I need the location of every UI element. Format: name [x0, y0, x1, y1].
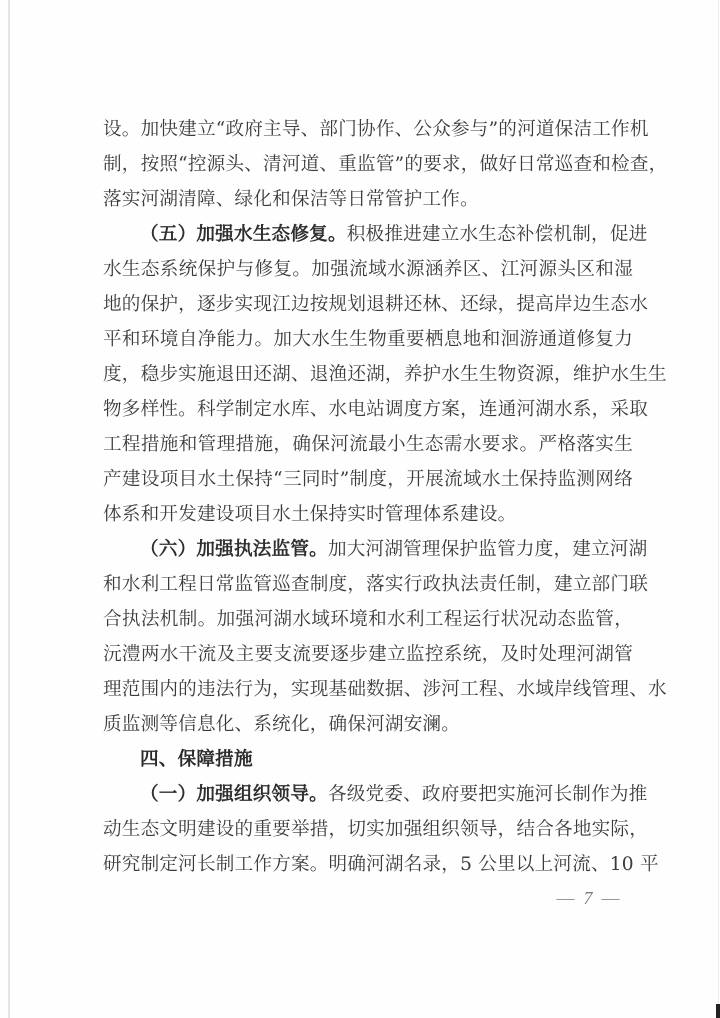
scan-left-edge	[8, 0, 10, 1018]
text-line: 地的保护，逐步实现江边按规划退耕还林、还绿，提高岸边生态水	[103, 287, 633, 322]
document-page: 设。加快建立“政府主导、部门协作、公众参与”的河道保洁工作机 制，按照“控源头、…	[0, 0, 720, 1018]
text-line: 体系和开发建设项目水土保持实时管理体系建设。	[103, 497, 633, 532]
text-line: 合执法机制。加强河湖水域环境和水利工程运行状况动态监管，	[103, 602, 633, 637]
text-line: 水生态系统保护与修复。加强流域水源涵养区、江河源头区和湿	[103, 252, 633, 287]
text-line: 物多样性。科学制定水库、水电站调度方案，连通河湖水系，采取	[103, 392, 633, 427]
text-run: 各级党委、政府要把实施河长制作为推	[328, 784, 648, 805]
text-line: 产建设项目水土保持“三同时”制度，开展流域水土保持监测网络	[103, 462, 633, 497]
text-line: 设。加快建立“政府主导、部门协作、公众参与”的河道保洁工作机	[103, 112, 633, 147]
section-heading: 四、保障措施	[103, 742, 633, 777]
text-line: 工程措施和管理措施，确保河流最小生态需水要求。严格落实生	[103, 427, 633, 462]
text-line: （五）加强水生态修复。积极推进建立水生态补偿机制，促进	[103, 217, 633, 252]
paragraph-continued: 设。加快建立“政府主导、部门协作、公众参与”的河道保洁工作机 制，按照“控源头、…	[103, 112, 633, 217]
text-line: 研究制定河长制工作方案。明确河湖名录，5 公里以上河流、10 平	[103, 847, 633, 882]
page-number-dash: —	[602, 888, 620, 908]
text-line: （六）加强执法监管。加大河湖管理保护监管力度，建立河湖	[103, 532, 633, 567]
paragraph-water-ecology-restoration: （五）加强水生态修复。积极推进建立水生态补偿机制，促进 水生态系统保护与修复。加…	[103, 217, 633, 532]
page-number-dash: —	[557, 888, 575, 908]
scan-right-edge	[718, 0, 719, 1018]
body-text: 设。加快建立“政府主导、部门协作、公众参与”的河道保洁工作机 制，按照“控源头、…	[103, 112, 633, 882]
paragraph-subheading: （五）加强水生态修复。	[140, 224, 347, 245]
scan-corner-mark	[716, 1004, 720, 1018]
text-line: 和水利工程日常监管巡查制度，落实行政执法责任制，建立部门联	[103, 567, 633, 602]
page-number-value: 7	[584, 888, 593, 908]
text-line: 沅澧两水干流及主要支流要逐步建立监控系统，及时处理河湖管	[103, 637, 633, 672]
text-line: 度，稳步实施退田还湖、退渔还湖，养护水生生物资源，维护水生生	[103, 357, 633, 392]
text-line: 平和环境自净能力。加大水生生物重要栖息地和洄游通道修复力	[103, 322, 633, 357]
paragraph-subheading: （六）加强执法监管。	[140, 539, 328, 560]
text-line: （一）加强组织领导。各级党委、政府要把实施河长制作为推	[103, 777, 633, 812]
text-line: 理范围内的违法行为，实现基础数据、涉河工程、水域岸线管理、水	[103, 672, 633, 707]
text-line: 落实河湖清障、绿化和保洁等日常管护工作。	[103, 182, 633, 217]
text-run: 积极推进建立水生态补偿机制，促进	[347, 224, 648, 245]
paragraph-subheading: （一）加强组织领导。	[140, 784, 328, 805]
text-line: 质监测等信息化、系统化，确保河湖安澜。	[103, 707, 633, 742]
text-run: 加大河湖管理保护监管力度，建立河湖	[328, 539, 648, 560]
paragraph-law-enforcement: （六）加强执法监管。加大河湖管理保护监管力度，建立河湖 和水利工程日常监管巡查制…	[103, 532, 633, 742]
text-line: 动生态文明建设的重要举措，切实加强组织领导，结合各地实际，	[103, 812, 633, 847]
page-number: — 7 —	[553, 888, 623, 909]
text-line: 制，按照“控源头、清河道、重监管”的要求，做好日常巡查和检查，	[103, 147, 633, 182]
paragraph-organizational-leadership: （一）加强组织领导。各级党委、政府要把实施河长制作为推 动生态文明建设的重要举措…	[103, 777, 633, 882]
